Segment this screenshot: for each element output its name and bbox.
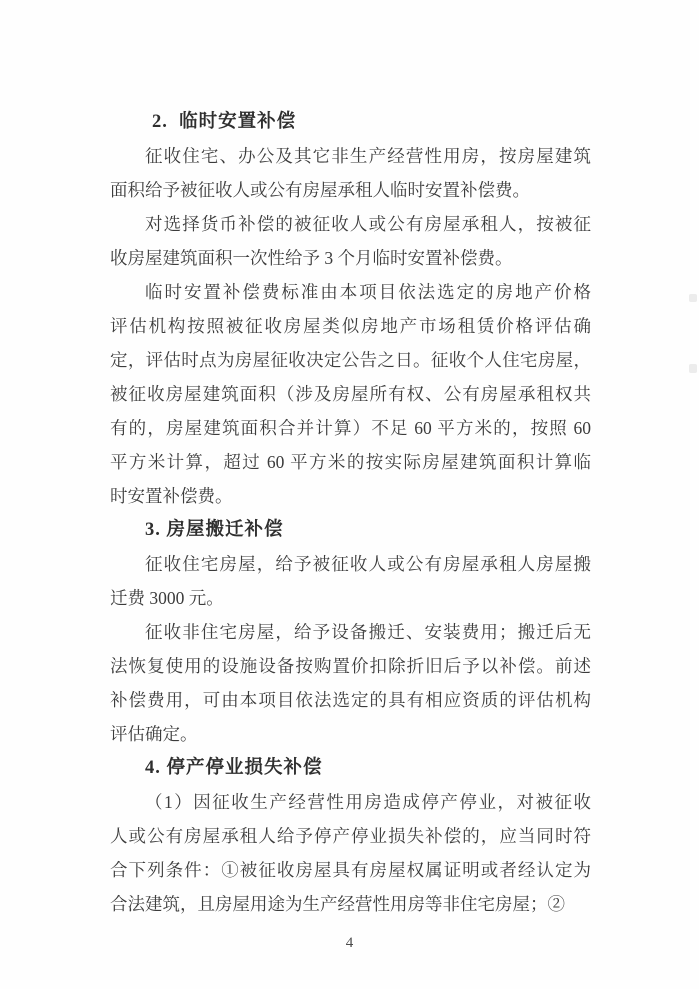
text-line: 补偿费用，可由本项目依法选定的具有相应资质的评估机构 [110, 683, 591, 717]
section-heading: 4. 停产停业损失补偿 [145, 751, 591, 785]
scan-artifact [689, 364, 697, 373]
text-line: 面积给予被征收人或公有房屋承租人临时安置补偿费。 [110, 173, 591, 207]
text-line: 收房屋建筑面积一次性给予 3 个月临时安置补偿费。 [110, 241, 591, 275]
text-line: 时安置补偿费。 [110, 479, 591, 513]
text-line: 定，评估时点为房屋征收决定公告之日。征收个人住宅房屋， [110, 343, 591, 377]
text-line: 法恢复使用的设施设备按购置价扣除折旧后予以补偿。前述 [110, 649, 591, 683]
document-body: 2. 临时安置补偿征收住宅、办公及其它非生产经营性用房，按房屋建筑面积给予被征收… [110, 105, 591, 921]
text-line: 征收非住宅房屋，给予设备搬迁、安装费用；搬迁后无 [110, 615, 591, 649]
section-heading: 3. 房屋搬迁补偿 [145, 513, 591, 547]
text-line: 合下列条件：①被征收房屋具有房屋权属证明或者经认定为 [110, 853, 591, 887]
text-line: 评估机构按照被征收房屋类似房地产市场租赁价格评估确 [110, 309, 591, 343]
text-line: 临时安置补偿费标准由本项目依法选定的房地产价格 [110, 275, 591, 309]
text-line: 征收住宅、办公及其它非生产经营性用房，按房屋建筑 [110, 139, 591, 173]
text-line: 平方米计算，超过 60 平方米的按实际房屋建筑面积计算临 [110, 445, 591, 479]
document-page: 2. 临时安置补偿征收住宅、办公及其它非生产经营性用房，按房屋建筑面积给予被征收… [0, 0, 699, 989]
text-line: 对选择货币补偿的被征收人或公有房屋承租人，按被征 [110, 207, 591, 241]
text-line: 有的，房屋建筑面积合并计算）不足 60 平方米的，按照 60 [110, 411, 591, 445]
text-line: 被征收房屋建筑面积（涉及房屋所有权、公有房屋承租权共 [110, 377, 591, 411]
text-line: 合法建筑，且房屋用途为生产经营性用房等非住宅房屋；② [110, 887, 591, 921]
text-line: 迁费 3000 元。 [110, 581, 591, 615]
scan-artifact [689, 294, 697, 302]
page-number: 4 [0, 935, 699, 952]
section-heading: 2. 临时安置补偿 [152, 105, 591, 139]
text-line: 评估确定。 [110, 717, 591, 751]
text-line: 人或公有房屋承租人给予停产停业损失补偿的，应当同时符 [110, 819, 591, 853]
text-line: 征收住宅房屋，给予被征收人或公有房屋承租人房屋搬 [110, 547, 591, 581]
text-line: （1）因征收生产经营性用房造成停产停业，对被征收 [110, 785, 591, 819]
